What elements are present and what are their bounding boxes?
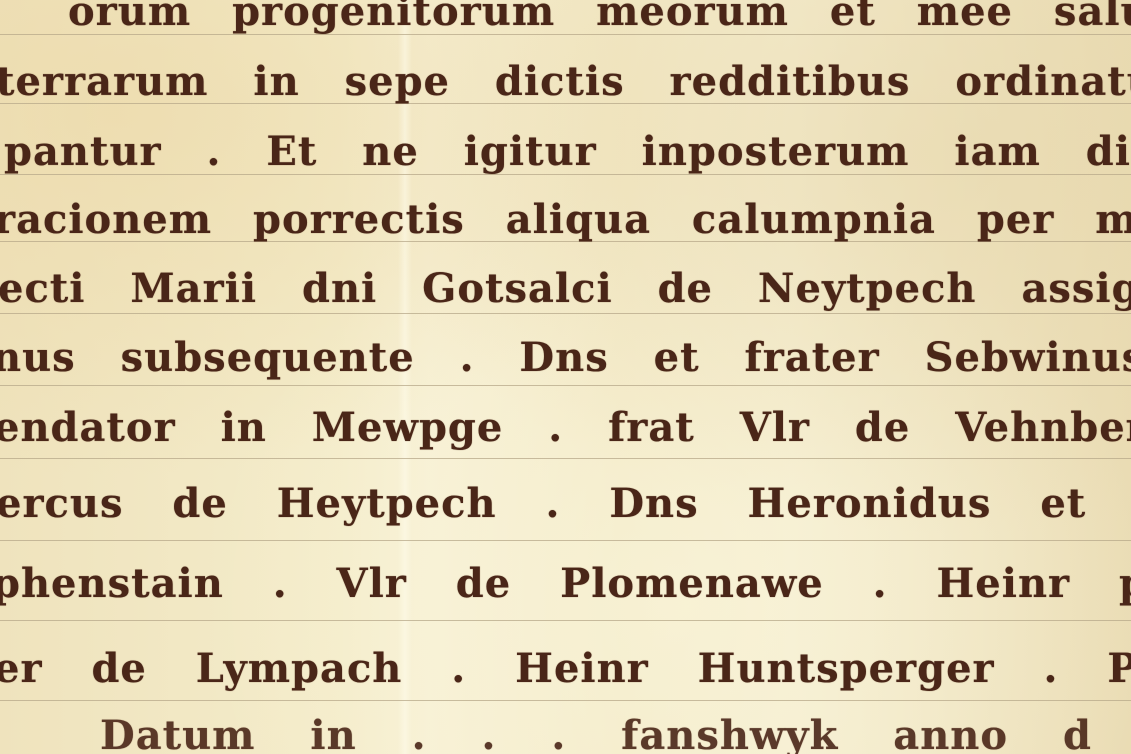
- ruled-line: [0, 458, 1131, 459]
- manuscript-line: ecti Marii dni Gotsalci de Neytpech assi…: [0, 265, 1131, 312]
- ruled-line: [0, 540, 1131, 541]
- manuscript-line: orum progenitorum meorum et mee salubrio…: [68, 0, 1131, 35]
- manuscript-line: terrarum in sepe dictis redditibus ordin…: [0, 58, 1131, 105]
- manuscript-line: pantur . Et ne igitur inposterum iam dic…: [4, 128, 1131, 175]
- manuscript-line: endator in Mewpge . frat Vlr de Vehnberc…: [0, 404, 1131, 451]
- ruled-line: [0, 385, 1131, 386]
- manuscript-line: Datum in . . . fanshwyk anno d: [100, 712, 1092, 754]
- ruled-line: [0, 313, 1131, 314]
- manuscript-line: ercus de Heytpech . Dns Heronidus et dns…: [0, 480, 1131, 527]
- manuscript-line: racionem porrectis aliqua calumpnia per …: [0, 196, 1131, 243]
- ruled-line: [0, 620, 1131, 621]
- manuscript-line: er de Lympach . Heinr Huntsperger . Petr: [0, 645, 1131, 692]
- manuscript-line: phenstain . Vlr de Plomenawe . Heinr pre…: [0, 560, 1131, 607]
- ruled-line: [0, 700, 1131, 701]
- manuscript-line: nus subsequente . Dns et frater Sebwinus…: [0, 334, 1131, 381]
